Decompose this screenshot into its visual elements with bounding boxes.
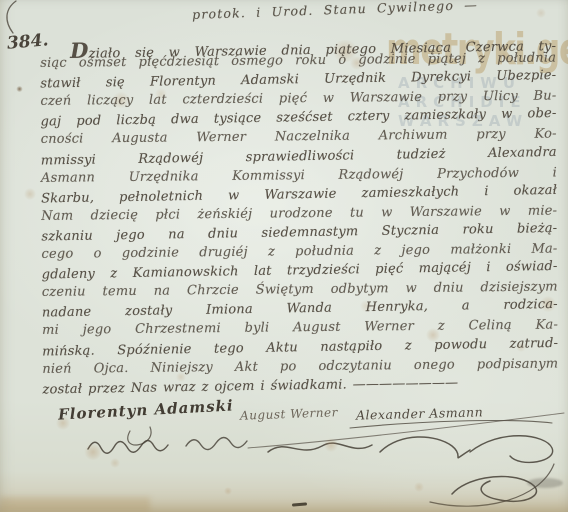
- paper-stain: [84, 444, 102, 460]
- ink-smudge: [527, 478, 563, 488]
- corner-flourish: [0, 0, 26, 36]
- paper-fleck: [16, 86, 23, 92]
- header-note: protok. i Urod. Stanu Cywilnego —: [192, 0, 478, 22]
- document-page: metryki.ge ARCHIWU ARCHIDIE WARSZAW prot…: [0, 0, 568, 512]
- ink-dash-mark: [292, 502, 307, 506]
- signature-witness-august-werner: August Werner: [240, 405, 338, 422]
- paper-stain: [24, 188, 36, 200]
- paper-stain: [110, 458, 120, 468]
- paper-stain: [224, 487, 232, 495]
- paper-stain: [414, 482, 424, 492]
- signature-witness-alexander-asmann: Alexander Asmann: [356, 404, 484, 422]
- bottom-edge-discoloration: [0, 497, 150, 512]
- paper-stain: [536, 8, 546, 18]
- officiant-signature: [88, 436, 554, 506]
- act-body-text: Działo się w Warszawie dnia piątego Mies…: [40, 32, 559, 398]
- paper-stain: [324, 438, 338, 452]
